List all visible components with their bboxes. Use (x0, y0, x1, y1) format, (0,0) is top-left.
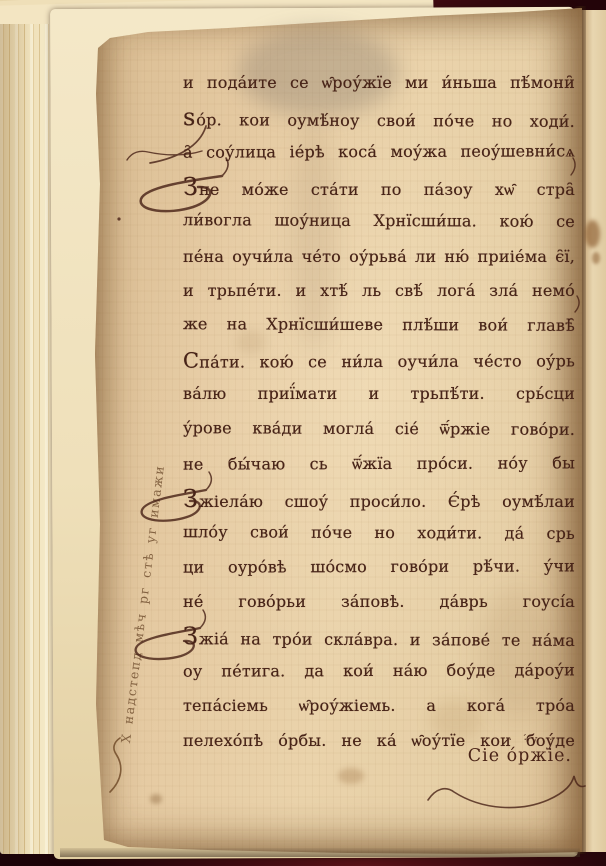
manuscript-line: оу пе́тига. да кои́ на́ю боу́де да́роу́и (183, 653, 575, 689)
stain (585, 220, 600, 248)
manuscript-line: у́рове ква́ди могла́ сіе́ ѿ́ржіе гово́ри… (183, 411, 575, 447)
manuscript-line: ци оуро́вѣ шо́смо гово́ри рѣ́чи. у́чи (183, 550, 575, 586)
stain (338, 768, 364, 784)
manuscript-line: не бы́чаю сь ѿ́жїа про́си. но́у бы (183, 446, 575, 482)
manuscript-line: ли́вогла шоу́ница Хрнїсши́ша. кою́ се (183, 204, 575, 240)
catchword-diacritics: ·· ·́у ·· (418, 734, 578, 745)
manuscript-line: а̑ соу́лица іе́рѣ коса́ моу́жа пеоу́шевн… (183, 135, 575, 171)
stain (592, 252, 600, 264)
manuscript-line: не́ гово́рьи за́повѣ. да́врь гоусі́а (183, 585, 575, 620)
book-bottom-edge-shadow (60, 848, 580, 857)
manuscript-line: шло́у свои́ по́че но ходи́ти. да́ срь (183, 515, 575, 551)
stain (150, 794, 162, 804)
manuscript-line: Зжіела́ю сшоу́ проси́ло. Є́рѣ оумѣ́лаи (183, 482, 575, 517)
manuscript-line: Спа́ти. кою́ се ни́ла оучи́ла че́сто оу́… (183, 342, 575, 378)
manuscript-line: и трьпе́ти. и хтѣ́ ль свѣ́ лога́ зла́ не… (183, 274, 575, 309)
manuscript-line: Зне мо́же ста́ти по па́зоу хѡ̑ стра̑ (183, 170, 575, 205)
manuscript-line: пе́на оучи́ла че́то оу́рьва́ ли ню́ приі… (183, 240, 575, 275)
manuscript-line: ѕо́р. кои оумѣ́ноу свои́ по́че но ходи́. (183, 100, 575, 136)
manuscript-line: ва́лю приї́мати и трьпѣ́ти. срь́сци (183, 377, 575, 412)
manuscript-text-block: и пода́ите се ѡ̑роу́жїе ми и́ньша пѣ́мон… (183, 66, 575, 758)
catchword: Сіе о́ржіе. (418, 745, 578, 767)
photograph-of-open-manuscript-book: { "colors": { "ink": "#482418", "margina… (0, 0, 606, 866)
manuscript-line: и пода́ите се ѡ̑роу́жїе ми и́ньша пѣ́мон… (183, 66, 575, 101)
manuscript-line: же на Хрнїсши́шеве плѣ́ши вои́ главѣ̑ (183, 307, 575, 343)
catchword-block: ·· ·́у ·· Сіе о́ржіе. (418, 734, 578, 767)
manuscript-line: тепа́сіемь ѡ̑роу́жіемь. а кога́ тро́а (183, 689, 575, 724)
manuscript-line: Зжіа́ на тро́и скла́вра. и за́пове́ те н… (183, 619, 575, 655)
